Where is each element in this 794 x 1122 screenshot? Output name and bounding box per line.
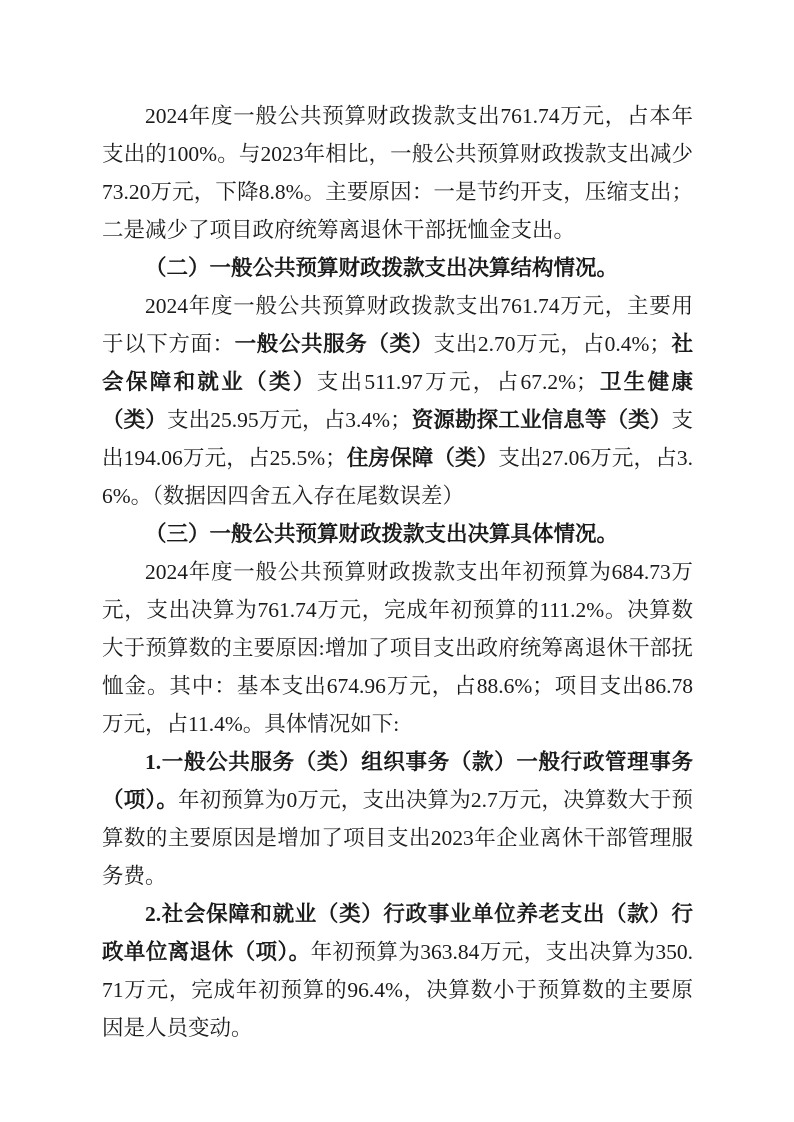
text-run: 支出25.95万元，占3.4%； — [167, 408, 412, 432]
text-run: 资源勘探工业信息等（类） — [412, 408, 672, 432]
document-page: 2024年度一般公共预算财政拨款支出761.74万元，占本年支出的100%。与2… — [0, 0, 794, 1122]
paragraph: 1.一般公共服务（类）组织事务（款）一般行政管理事务（项）。年初预算为0万元，支… — [102, 743, 693, 895]
text-run: 一般公共服务（类） — [235, 332, 434, 356]
text-run: 支出2.70万元，占0.4%； — [434, 332, 671, 356]
section-heading: （二）一般公共预算财政拨款支出决算结构情况。 — [102, 249, 693, 287]
text-run: 年初预算为0万元，支出决算为2.7万元，决算数大于预算数的主要原因是增加了项目支… — [102, 788, 693, 888]
text-run: （三）一般公共预算财政拨款支出决算具体情况。 — [145, 522, 618, 546]
text-run: 2024年度一般公共预算财政拨款支出761.74万元，占本年支出的100%。与2… — [102, 104, 693, 242]
text-run: 2024年度一般公共预算财政拨款支出年初预算为684.73万元，支出决算为761… — [102, 560, 693, 736]
document-body: 2024年度一般公共预算财政拨款支出761.74万元，占本年支出的100%。与2… — [102, 97, 693, 1047]
paragraph: 2024年度一般公共预算财政拨款支出年初预算为684.73万元，支出决算为761… — [102, 553, 693, 743]
section-heading: （三）一般公共预算财政拨款支出决算具体情况。 — [102, 515, 693, 553]
text-run: （二）一般公共预算财政拨款支出决算结构情况。 — [145, 256, 618, 280]
paragraph: 2024年度一般公共预算财政拨款支出761.74万元，占本年支出的100%。与2… — [102, 97, 693, 249]
paragraph: 2024年度一般公共预算财政拨款支出761.74万元，主要用于以下方面：一般公共… — [102, 287, 693, 515]
text-run: 支出511.97万元，占67.2%； — [317, 370, 598, 394]
text-run: 住房保障（类） — [347, 446, 499, 470]
paragraph: 2.社会保障和就业（类）行政事业单位养老支出（款）行政单位离退休（项）。年初预算… — [102, 895, 693, 1047]
